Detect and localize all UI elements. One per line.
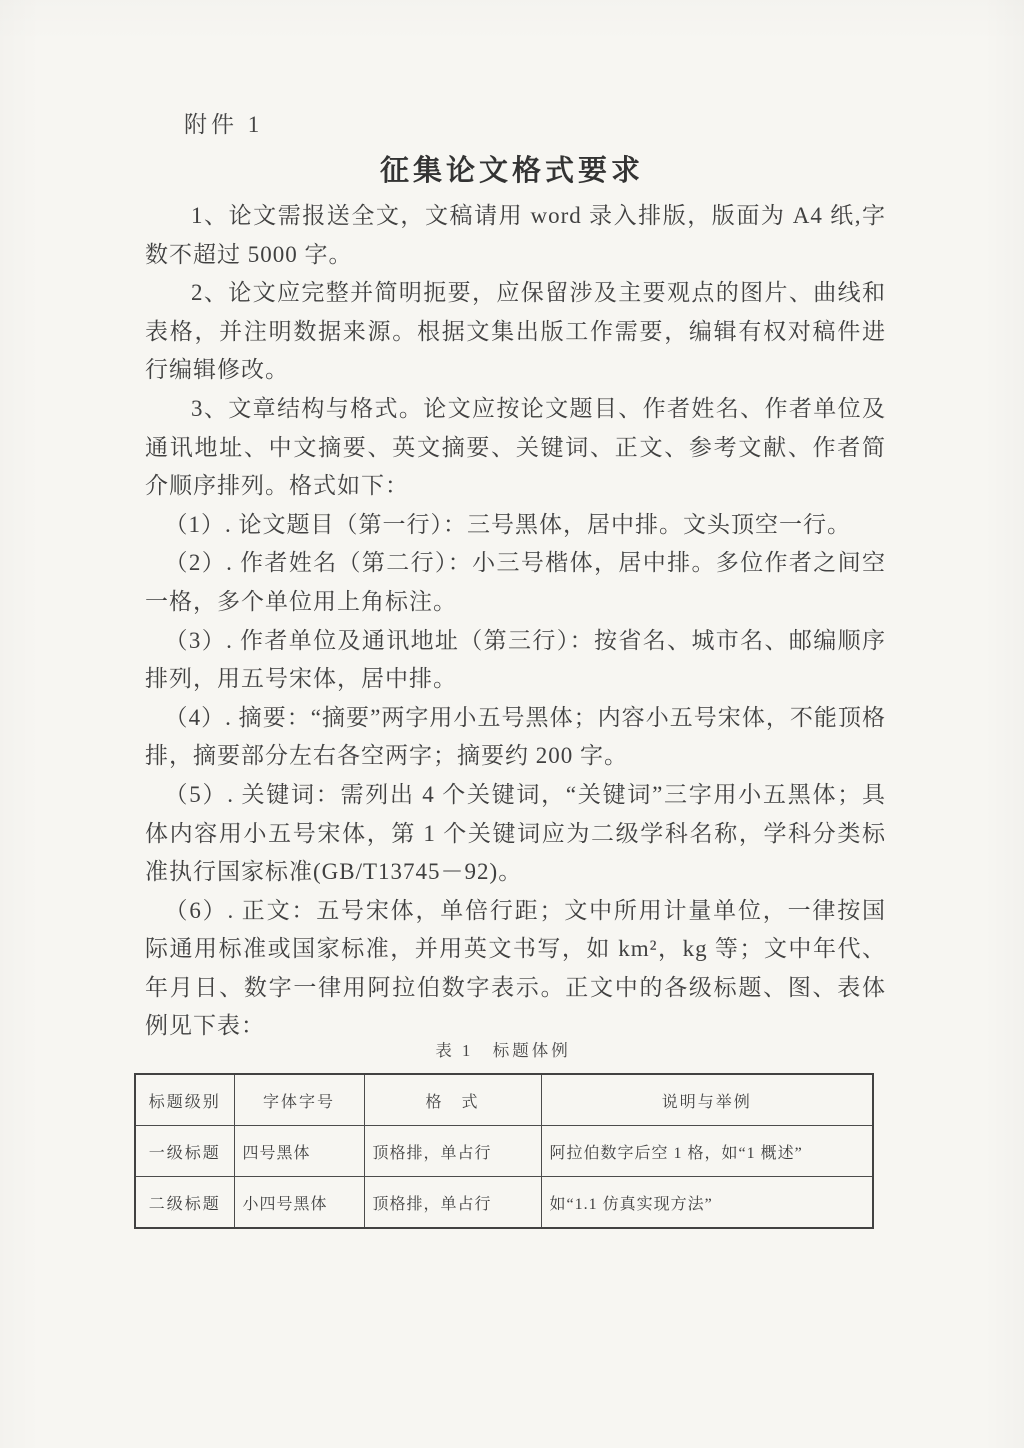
paragraph: （5）. 关键词：需列出 4 个关键词，“关键词”三字用小五黑体；具体内容用小五…: [145, 776, 886, 892]
paragraph: 3、文章结构与格式。论文应按论文题目、作者姓名、作者单位及通讯地址、中文摘要、英…: [145, 390, 886, 506]
paragraph: 2、论文应完整并简明扼要，应保留涉及主要观点的图片、曲线和表格，并注明数据来源。…: [145, 274, 886, 390]
table-cell: 四号黑体: [234, 1126, 364, 1177]
table-caption: 表 1 标题体例: [134, 1037, 872, 1061]
body-text: 1、论文需报送全文，文稿请用 word 录入排版，版面为 A4 纸,字数不超过 …: [145, 197, 886, 1046]
table-cell: 顶格排，单占行: [364, 1177, 541, 1229]
table-header-cell: 说明与举例: [541, 1074, 873, 1126]
table-header-cell: 字体字号: [234, 1074, 364, 1126]
table-cell: 如“1.1 仿真实现方法”: [541, 1177, 873, 1229]
table-cell: 小四号黑体: [234, 1177, 364, 1229]
table-header-row: 标题级别 字体字号 格 式 说明与举例: [135, 1074, 873, 1126]
table-header-cell: 标题级别: [135, 1074, 234, 1126]
table-header-cell: 格 式: [364, 1074, 541, 1126]
table-cell: 阿拉伯数字后空 1 格，如“1 概述”: [541, 1126, 873, 1177]
page-title: 征集论文格式要求: [0, 148, 1024, 189]
paragraph: （4）. 摘要：“摘要”两字用小五号黑体；内容小五号宋体，不能顶格排，摘要部分左…: [145, 699, 886, 776]
paragraph: （6）. 正文：五号宋体，单倍行距；文中所用计量单位，一律按国际通用标准或国家标…: [145, 892, 886, 1046]
paragraph: （1）. 论文题目（第一行）：三号黑体，居中排。文头顶空一行。: [145, 506, 886, 545]
paragraph: （2）. 作者姓名（第二行）：小三号楷体，居中排。多位作者之间空一格，多个单位用…: [145, 544, 886, 621]
table-cell: 一级标题: [135, 1126, 234, 1177]
attachment-label: 附件 1: [184, 106, 263, 139]
table-cell: 二级标题: [135, 1177, 234, 1229]
table-row: 一级标题 四号黑体 顶格排，单占行 阿拉伯数字后空 1 格，如“1 概述”: [135, 1126, 873, 1177]
table-cell: 顶格排，单占行: [364, 1126, 541, 1177]
paragraph: 1、论文需报送全文，文稿请用 word 录入排版，版面为 A4 纸,字数不超过 …: [145, 197, 886, 274]
paragraph: （3）. 作者单位及通讯地址（第三行）：按省名、城市名、邮编顺序排列，用五号宋体…: [145, 622, 886, 699]
table-row: 二级标题 小四号黑体 顶格排，单占行 如“1.1 仿真实现方法”: [135, 1177, 873, 1229]
document-page: 附件 1 征集论文格式要求 1、论文需报送全文，文稿请用 word 录入排版，版…: [0, 0, 1024, 1448]
heading-style-table: 标题级别 字体字号 格 式 说明与举例 一级标题 四号黑体 顶格排，单占行 阿拉…: [134, 1073, 874, 1229]
